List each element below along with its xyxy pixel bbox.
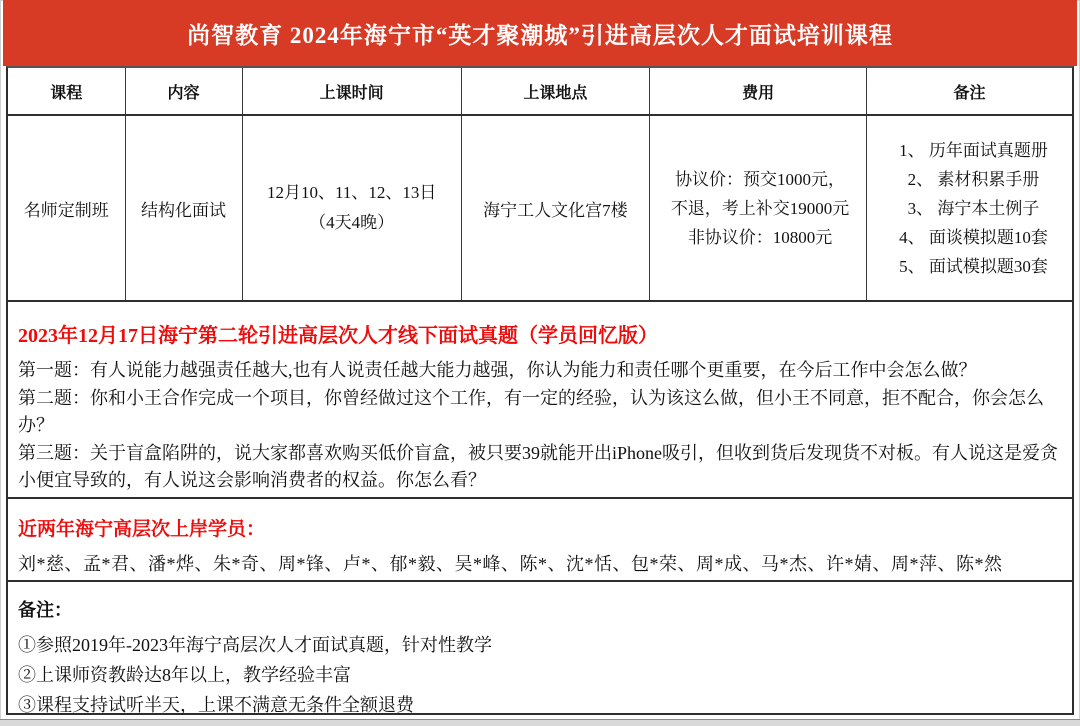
fee-line: 协议价：预交1000元， <box>660 165 860 194</box>
remark-item: 5、 面试模拟题30套 <box>879 252 1068 281</box>
question-1: 第一题：有人说能力越强责任越大,也有人说责任越大能力越强，你认为能力和责任哪个更… <box>18 357 1062 385</box>
time-dates: 12月10、11、12、13日 <box>243 178 461 208</box>
content-box: 课程 内容 上课时间 上课地点 费用 备注 名师定制班 结构化面试 12月10、… <box>6 66 1074 715</box>
table-row: 名师定制班 结构化面试 12月10、11、12、13日 （4天4晚） 海宁工人文… <box>8 115 1072 301</box>
table-header-row: 课程 内容 上课时间 上课地点 费用 备注 <box>8 68 1072 115</box>
remark-item: 3、 海宁本土例子 <box>879 194 1068 223</box>
note-1: ①参照2019年-2023年海宁高层次人才面试真题，针对性教学 <box>18 630 1062 660</box>
alumni-section: 近两年海宁高层次上岸学员： 刘*慈、孟*君、潘*烨、朱*奇、周*锋、卢*、郁*毅… <box>8 499 1072 582</box>
page-bottom-edge <box>0 719 1080 726</box>
remark-item: 1、 历年面试真题册 <box>879 136 1068 165</box>
col-header-location: 上课地点 <box>461 68 649 115</box>
cell-course: 名师定制班 <box>8 115 125 301</box>
note-2: ②上课师资教龄达8年以上，教学经验丰富 <box>18 660 1062 690</box>
cell-remark: 1、 历年面试真题册 2、 素材积累手册 3、 海宁本土例子 4、 面谈模拟题1… <box>867 115 1072 301</box>
question-2: 第二题：你和小王合作完成一个项目，你曾经做过这个工作，有一定的经验，认为该这么做… <box>18 385 1062 440</box>
time-duration: （4天4晚） <box>243 208 461 238</box>
banner-title: 尚智教育 2024年海宁市“英才聚潮城”引进高层次人才面试培训课程 <box>187 17 893 50</box>
cell-content: 结构化面试 <box>125 115 242 301</box>
notes-title: 备注： <box>18 596 1062 622</box>
remark-item: 4、 面谈模拟题10套 <box>879 223 1068 252</box>
remark-item: 2、 素材积累手册 <box>879 165 1068 194</box>
notes-section: 备注： ①参照2019年-2023年海宁高层次人才面试真题，针对性教学 ②上课师… <box>8 582 1072 726</box>
col-header-fee: 费用 <box>650 68 867 115</box>
banner: 尚智教育 2024年海宁市“英才聚潮城”引进高层次人才面试培训课程 <box>3 0 1077 66</box>
cell-time: 12月10、11、12、13日 （4天4晚） <box>242 115 461 301</box>
col-header-time: 上课时间 <box>242 68 461 115</box>
alumni-names: 刘*慈、孟*君、潘*烨、朱*奇、周*锋、卢*、郁*毅、吴*峰、陈*、沈*恬、包*… <box>18 551 1062 577</box>
col-header-course: 课程 <box>8 68 125 115</box>
cell-location: 海宁工人文化宫7楼 <box>461 115 649 301</box>
questions-section: 2023年12月17日海宁第二轮引进高层次人才线下面试真题（学员回忆版） 第一题… <box>8 302 1072 499</box>
fee-line: 非协议价：10800元 <box>660 223 860 252</box>
col-header-remark: 备注 <box>867 68 1072 115</box>
page: 尚智教育 2024年海宁市“英才聚潮城”引进高层次人才面试培训课程 课程 内容 … <box>0 0 1080 726</box>
alumni-title: 近两年海宁高层次上岸学员： <box>18 514 1062 541</box>
fee-line: 不退，考上补交19000元 <box>660 194 860 223</box>
question-3: 第三题：关于盲盒陷阱的，说大家都喜欢购买低价盲盒，被只要39就能开出iPhone… <box>18 440 1062 495</box>
cell-fee: 协议价：预交1000元， 不退，考上补交19000元 非协议价：10800元 <box>650 115 867 301</box>
note-3: ③课程支持试听半天，上课不满意无条件全额退费 <box>18 690 1062 720</box>
course-table: 课程 内容 上课时间 上课地点 费用 备注 名师定制班 结构化面试 12月10、… <box>8 68 1072 302</box>
col-header-content: 内容 <box>125 68 242 115</box>
questions-title: 2023年12月17日海宁第二轮引进高层次人才线下面试真题（学员回忆版） <box>18 319 1062 348</box>
